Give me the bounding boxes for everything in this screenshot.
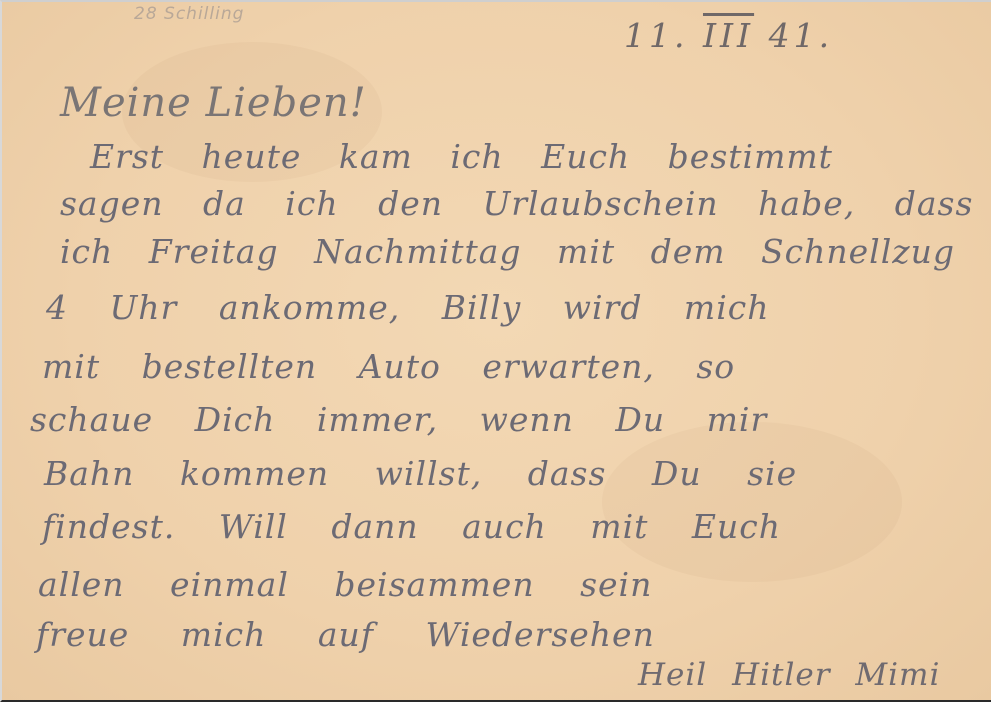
date-day: 11. <box>624 16 688 55</box>
letter-line: schaue Dich immer, wenn Du mir <box>30 400 767 439</box>
letter-line: Bahn kommen willst, dass Du sie <box>44 454 797 493</box>
letter-line: findest. Will dann auch mit Euch <box>42 507 781 546</box>
letter-line: freue mich auf Wiedersehen <box>36 615 655 654</box>
letter-line: sagen da ich den Urlaubschein habe, dass <box>60 184 973 223</box>
paper-stain <box>602 422 902 582</box>
letter-line: ich Freitag Nachmittag mit dem Schnellzu… <box>60 232 955 271</box>
signature: Heil Hitler Mimi <box>638 657 940 693</box>
letter-line: mit bestellten Auto erwarten, so <box>42 347 735 386</box>
date-year: 41. <box>769 16 833 55</box>
letter-line: allen einmal beisammen sein <box>38 565 652 604</box>
letter-date: 11. III 41. <box>624 16 833 55</box>
handwritten-postcard: 28 Schilling 11. III 41. Meine Lieben! E… <box>0 0 991 702</box>
date-month: III <box>703 16 754 55</box>
salutation: Meine Lieben! <box>60 80 367 126</box>
letter-line: Erst heute kam ich Euch bestimmt <box>90 137 833 176</box>
pencil-annotation: 28 Schilling <box>134 4 244 24</box>
letter-line: 4 Uhr ankomme, Billy wird mich <box>46 288 770 327</box>
